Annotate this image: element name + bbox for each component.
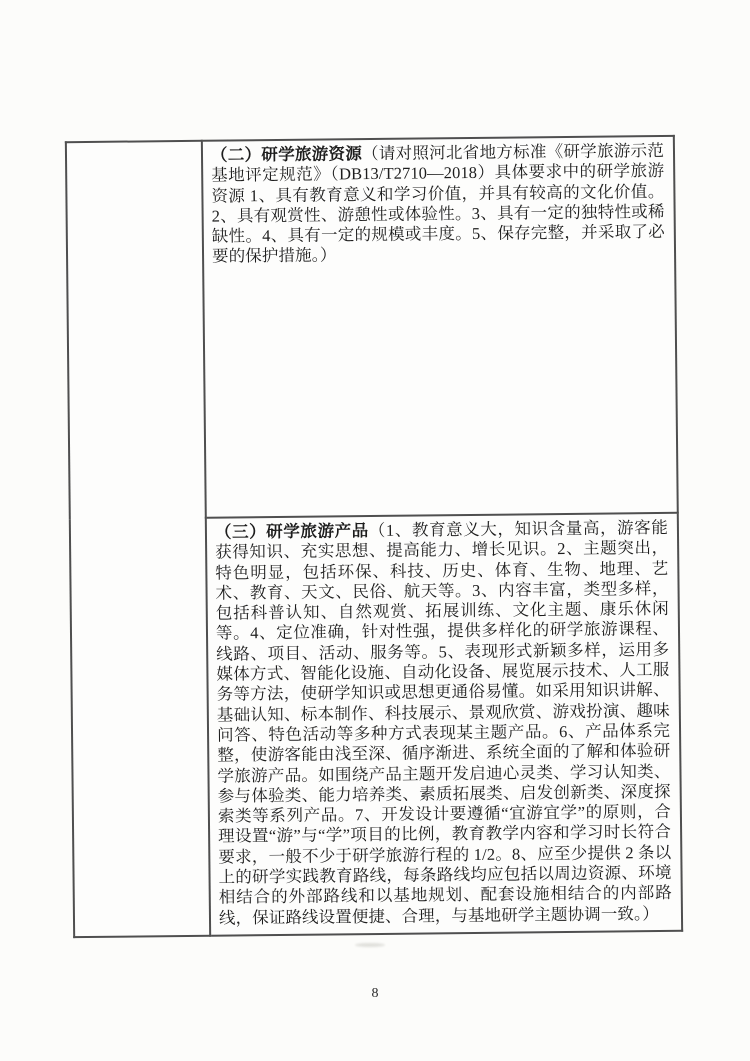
evaluation-criteria-table: （二）研学旅游资源（请对照河北省地方标准《研学旅游示范基地评定规范》（DB13/… xyxy=(65,135,683,938)
resources-heading: （二）研学旅游资源 xyxy=(211,144,362,165)
products-cell: （三）研学旅游产品（1、教育意义大，知识含量高，游客能获得知识、充实思想、提高能… xyxy=(206,513,682,936)
scanned-document-page: （二）研学旅游资源（请对照河北省地方标准《研学旅游示范基地评定规范》（DB13/… xyxy=(0,0,750,1061)
scan-artifact xyxy=(355,943,385,947)
products-paragraph: （三）研学旅游产品（1、教育意义大，知识含量高，游客能获得知识、充实思想、提高能… xyxy=(215,518,672,929)
page-number: 8 xyxy=(0,986,750,1002)
table-row: （二）研学旅游资源（请对照河北省地方标准《研学旅游示范基地评定规范》（DB13/… xyxy=(66,136,678,519)
resources-cell: （二）研学旅游资源（请对照河北省地方标准《研学旅游示范基地评定规范》（DB13/… xyxy=(202,136,678,518)
resources-paragraph: （二）研学旅游资源（请对照河北省地方标准《研学旅游示范基地评定规范》（DB13/… xyxy=(211,141,665,268)
products-body: （1、教育意义大，知识含量高，游客能获得知识、充实思想、提高能力、增长见识。2、… xyxy=(215,518,672,927)
empty-label-cell xyxy=(66,141,210,937)
products-heading: （三）研学旅游产品 xyxy=(215,521,369,542)
